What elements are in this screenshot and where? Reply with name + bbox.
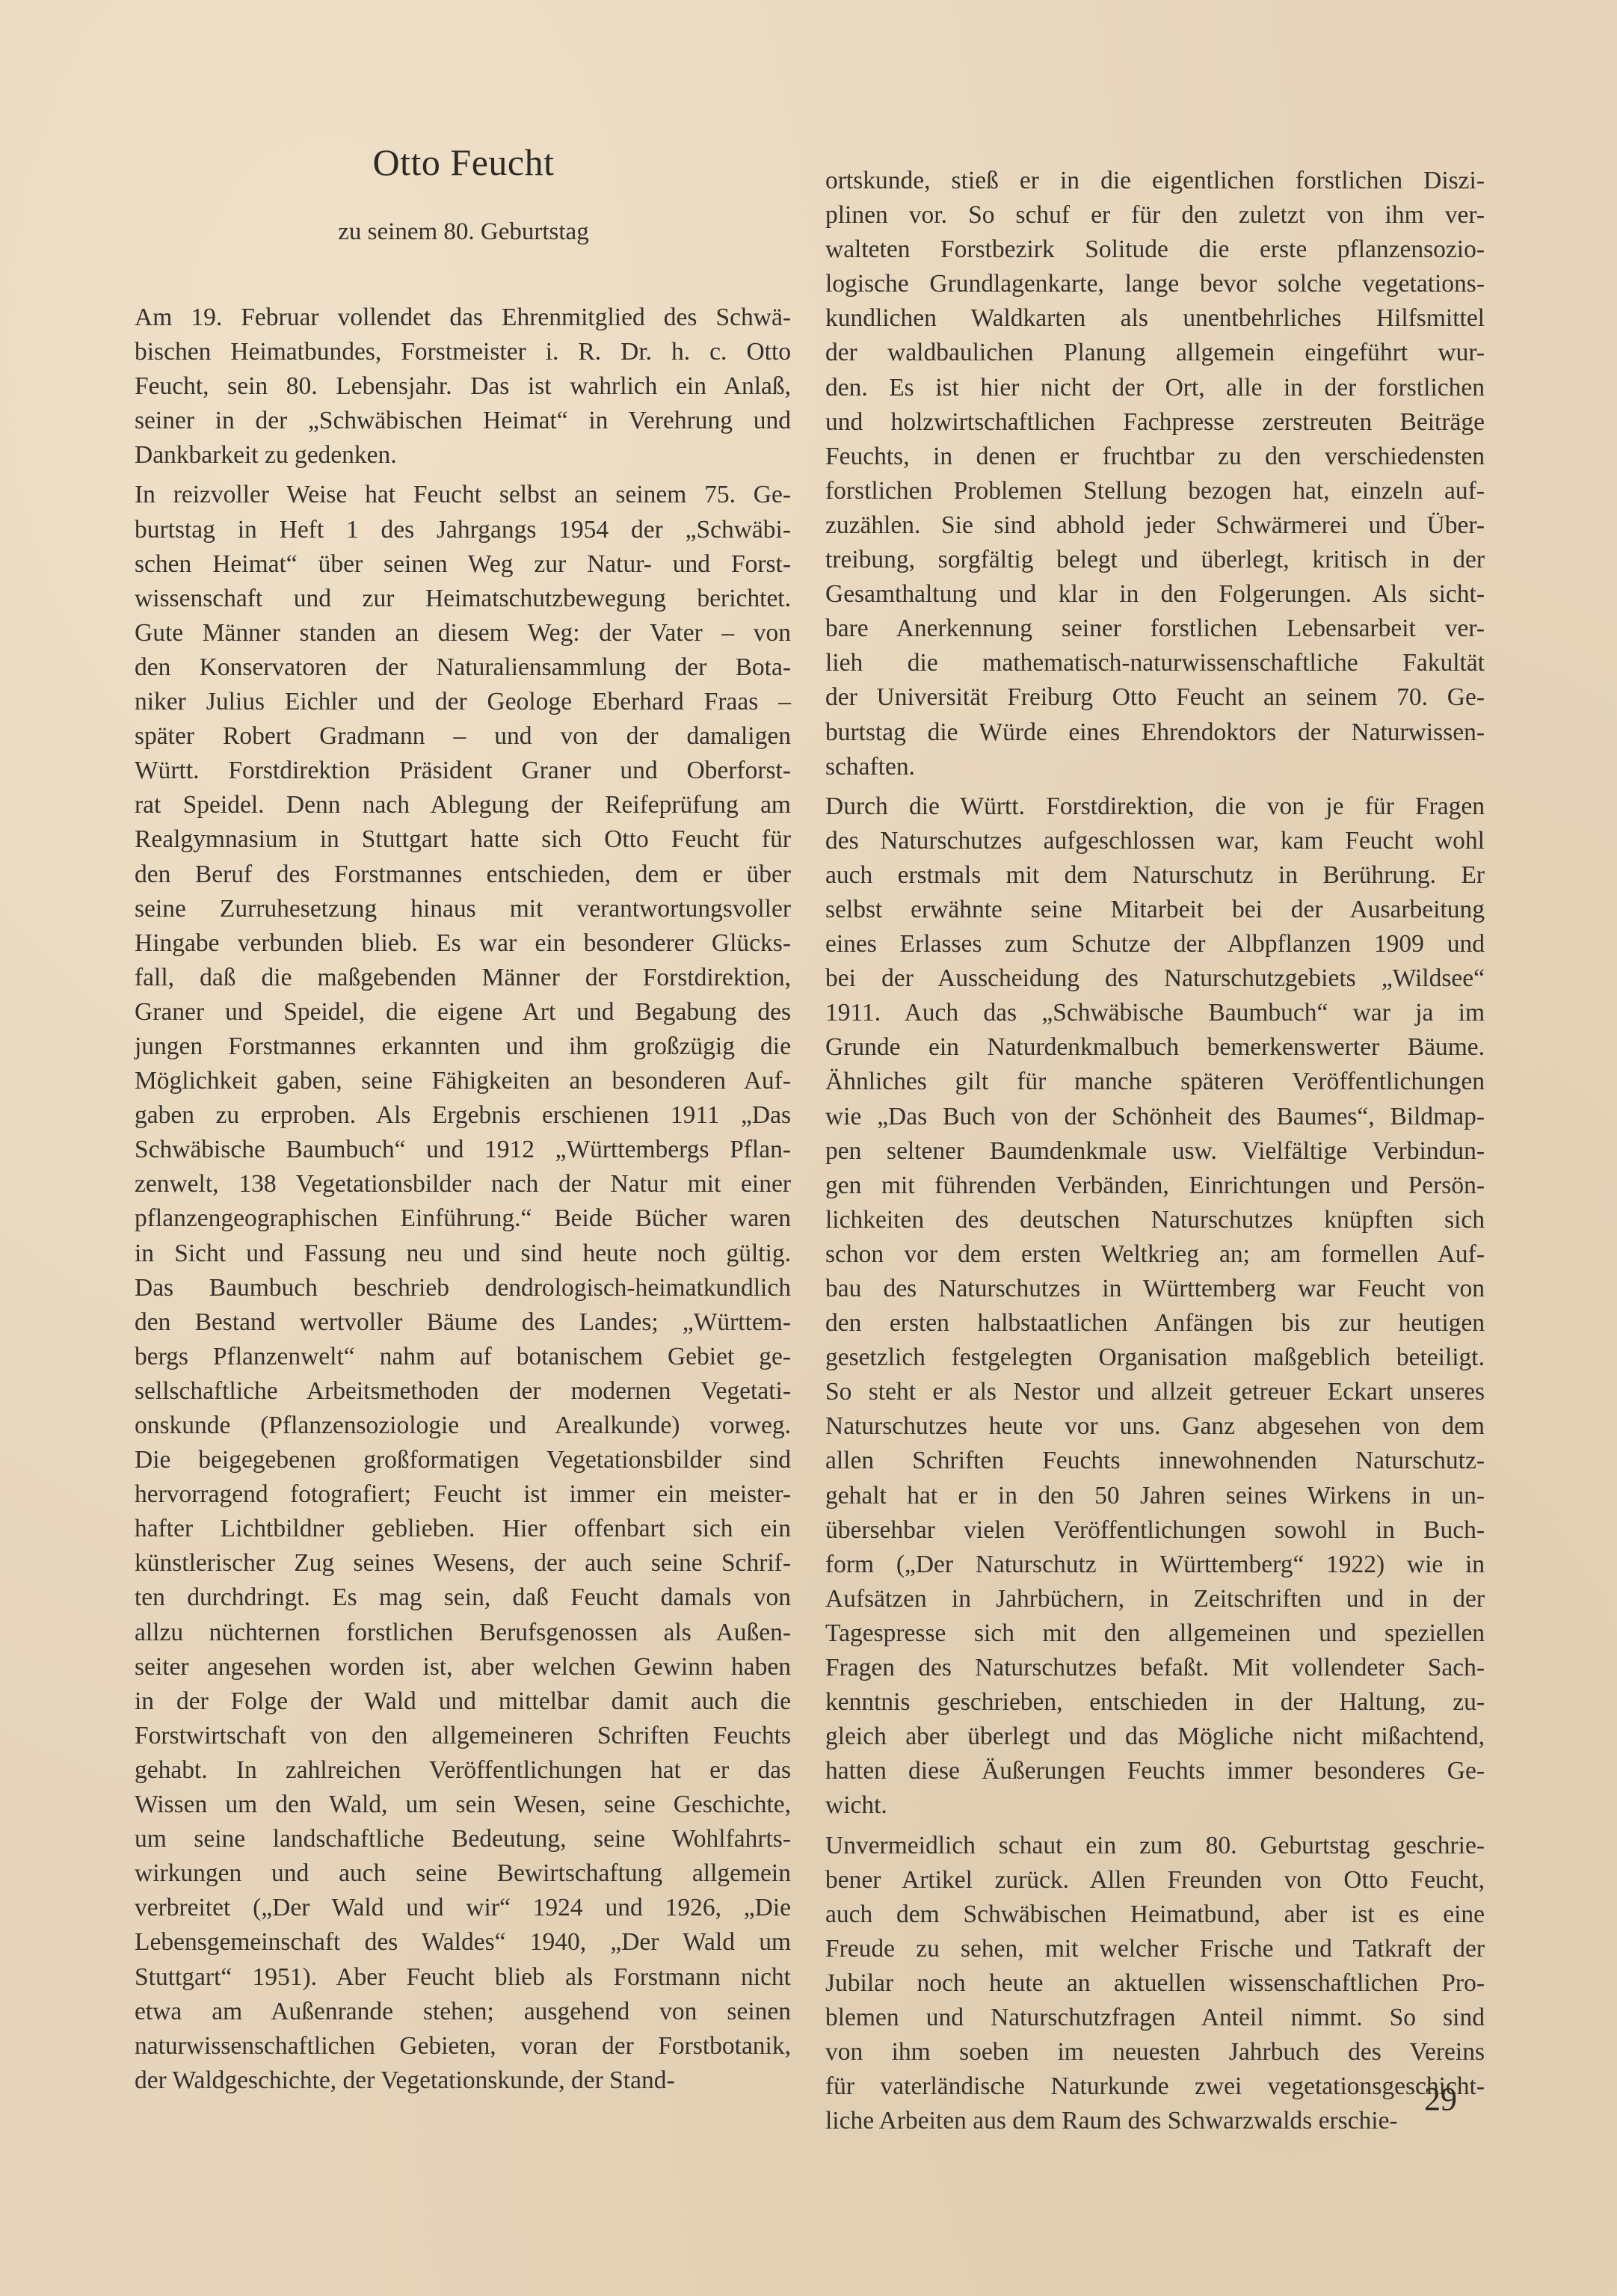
text-line: forstlichen Problemen Stellung bezogen h…: [825, 474, 1485, 508]
text-line: in Sicht und Fassung neu und sind heute …: [135, 1237, 791, 1271]
text-line: bener Artikel zurück. Allen Freunden von…: [825, 1863, 1485, 1898]
text-line: wicht.: [825, 1788, 1485, 1823]
text-line: auch erstmals mit dem Naturschutz in Ber…: [825, 858, 1485, 893]
text-line: Grunde ein Naturdenkmalbuch bemerkenswer…: [825, 1030, 1485, 1065]
text-line: lieh die mathematisch-naturwissenschaftl…: [825, 646, 1485, 680]
paragraph: ortskunde, stieß er in die eigentlichen …: [825, 164, 1485, 784]
text-line: treibung, sorgfältig belegt und überlegt…: [825, 543, 1485, 577]
text-line: form („Der Naturschutz in Württemberg“ 1…: [825, 1548, 1485, 1582]
text-line: 1911. Auch das „Schwäbische Baumbuch“ wa…: [825, 996, 1485, 1030]
text-line: künstlerischer Zug seines Wesens, der au…: [135, 1546, 791, 1581]
paragraph-gap: [825, 784, 1485, 790]
paragraph: Am 19. Februar vollendet das Ehrenmitgli…: [135, 301, 791, 473]
text-line: Dankbarkeit zu gedenken.: [135, 438, 791, 473]
text-line: lichkeiten des deutschen Naturschutzes k…: [825, 1203, 1485, 1237]
text-line: fall, daß die maßgebenden Männer der For…: [135, 961, 791, 995]
text-line: bischen Heimatbundes, Forstmeister i. R.…: [135, 335, 791, 369]
text-line: Wissen um den Wald, um sein Wesen, seine…: [135, 1788, 791, 1822]
text-line: Naturschutzes heute vor uns. Ganz abgese…: [825, 1409, 1485, 1444]
text-line: Durch die Württ. Forstdirektion, die von…: [825, 790, 1485, 824]
text-line: bau des Naturschutzes in Württemberg war…: [825, 1272, 1485, 1306]
text-line: gleich aber überlegt und das Mögliche ni…: [825, 1720, 1485, 1754]
text-line: gehabt. In zahlreichen Veröffentlichunge…: [135, 1753, 791, 1788]
text-line: Das Baumbuch beschrieb dendrologisch-hei…: [135, 1271, 791, 1305]
paragraph: Durch die Württ. Forstdirektion, die von…: [825, 790, 1485, 1823]
text-line: Feuchts, in denen er fruchtbar zu den ve…: [825, 440, 1485, 474]
text-line: Gesamthaltung und klar in den Folgerunge…: [825, 577, 1485, 612]
text-line: sellschaftliche Arbeitsmethoden der mode…: [135, 1374, 791, 1409]
text-line: gen mit führenden Verbänden, Einrichtung…: [825, 1169, 1485, 1203]
text-line: um seine landschaftliche Bedeutung, sein…: [135, 1822, 791, 1856]
text-line: naturwissenschaftlichen Gebieten, voran …: [135, 2029, 791, 2063]
text-line: und holzwirtschaftlichen Fachpresse zers…: [825, 405, 1485, 440]
text-line: rat Speidel. Denn nach Ablegung der Reif…: [135, 788, 791, 822]
text-line: gesetzlich festgelegten Organisation maß…: [825, 1341, 1485, 1375]
text-line: eines Erlasses zum Schutze der Albpflanz…: [825, 927, 1485, 961]
text-line: wie „Das Buch von der Schönheit des Baum…: [825, 1100, 1485, 1134]
text-line: bare Anerkennung seiner forstlichen Lebe…: [825, 612, 1485, 646]
text-line: für vaterländische Naturkunde zwei veget…: [825, 2069, 1485, 2104]
document-page: Otto Feucht zu seinem 80. Geburtstag Am …: [0, 0, 1617, 2296]
page-number: 29: [1424, 2080, 1457, 2118]
text-line: burtstag in Heft 1 des Jahrgangs 1954 de…: [135, 513, 791, 547]
text-line: allen Schriften Feuchts innewohnenden Na…: [825, 1444, 1485, 1478]
text-line: ortskunde, stieß er in die eigentlichen …: [825, 164, 1485, 198]
text-line: auch dem Schwäbischen Heimatbund, aber i…: [825, 1898, 1485, 1932]
text-line: gehalt hat er in den 50 Jahren seines Wi…: [825, 1479, 1485, 1513]
paragraph-gap: [135, 473, 791, 478]
article-subtitle: zu seinem 80. Geburtstag: [135, 218, 792, 246]
text-line: Lebensgemeinschaft des Waldes“ 1940, „De…: [135, 1925, 791, 1960]
text-line: hafter Lichtbildner geblieben. Hier offe…: [135, 1512, 791, 1546]
text-line: walteten Forstbezirk Solitude die erste …: [825, 233, 1485, 267]
text-line: Freude zu sehen, mit welcher Frische und…: [825, 1932, 1485, 1966]
text-line: Forstwirtschaft von den allgemeineren Sc…: [135, 1719, 791, 1753]
left-text-column: Am 19. Februar vollendet das Ehrenmitgli…: [135, 301, 791, 2098]
text-line: logische Grundlagenkarte, lange bevor so…: [825, 267, 1485, 301]
right-text-column: ortskunde, stieß er in die eigentlichen …: [825, 164, 1485, 2138]
text-line: hatten diese Äußerungen Feuchts immer be…: [825, 1754, 1485, 1788]
text-line: Württ. Forstdirektion Präsident Graner u…: [135, 754, 791, 788]
text-line: schen Heimat“ über seinen Weg zur Natur-…: [135, 547, 791, 582]
text-line: den Konservatoren der Naturaliensammlung…: [135, 650, 791, 685]
text-line: In reizvoller Weise hat Feucht selbst an…: [135, 478, 791, 512]
paragraph: In reizvoller Weise hat Feucht selbst an…: [135, 478, 791, 2097]
text-line: So steht er als Nestor und allzeit getre…: [825, 1375, 1485, 1409]
text-line: zenwelt, 138 Vegetationsbilder nach der …: [135, 1167, 791, 1201]
text-line: verbreitet („Der Wald und wir“ 1924 und …: [135, 1891, 791, 1925]
paragraph: Unvermeidlich schaut ein zum 80. Geburts…: [825, 1829, 1485, 2139]
text-line: des Naturschutzes aufgeschlossen war, ka…: [825, 824, 1485, 858]
text-line: Unvermeidlich schaut ein zum 80. Geburts…: [825, 1829, 1485, 1863]
text-line: Hingabe verbunden blieb. Es war ein beso…: [135, 926, 791, 961]
text-line: kundlichen Waldkarten als unentbehrliche…: [825, 301, 1485, 336]
text-line: pen seltener Baumdenkmale usw. Vielfälti…: [825, 1134, 1485, 1169]
text-line: den Bestand wertvoller Bäume des Landes;…: [135, 1305, 791, 1340]
text-line: ten durchdringt. Es mag sein, daß Feucht…: [135, 1581, 791, 1615]
text-line: Stuttgart“ 1951). Aber Feucht blieb als …: [135, 1960, 791, 1995]
text-line: bergs Pflanzenwelt“ nahm auf botanischem…: [135, 1340, 791, 1374]
article-title: Otto Feucht: [135, 141, 792, 184]
text-line: hervorragend fotografiert; Feucht ist im…: [135, 1477, 791, 1512]
text-line: plinen vor. So schuf er für den zuletzt …: [825, 198, 1485, 233]
text-line: Gute Männer standen an diesem Weg: der V…: [135, 616, 791, 650]
text-line: den ersten halbstaatlichen Anfängen bis …: [825, 1306, 1485, 1341]
text-line: schaften.: [825, 750, 1485, 784]
text-line: schon vor dem ersten Weltkrieg an; am fo…: [825, 1237, 1485, 1272]
text-line: seiter angesehen worden ist, aber welche…: [135, 1650, 791, 1684]
text-line: Graner und Speidel, die eigene Art und B…: [135, 995, 791, 1029]
text-line: etwa am Außenrande stehen; ausgehend von…: [135, 1995, 791, 2029]
text-line: wirkungen und auch seine Bewirtschaftung…: [135, 1856, 791, 1891]
text-line: Aufsätzen in Jahrbüchern, in Zeitschrift…: [825, 1582, 1485, 1616]
text-line: der Universität Freiburg Otto Feucht an …: [825, 680, 1485, 715]
paragraph-gap: [825, 1823, 1485, 1829]
text-line: Möglichkeit gaben, seine Fähigkeiten an …: [135, 1064, 791, 1098]
text-line: Tagespresse sich mit den allgemeinen und…: [825, 1616, 1485, 1651]
text-line: selbst erwähnte seine Mitarbeit bei der …: [825, 893, 1485, 927]
text-line: seiner in der „Schwäbischen Heimat“ in V…: [135, 404, 791, 438]
text-line: wissenschaft und zur Heimatschutzbewegun…: [135, 582, 791, 616]
text-line: seine Zurruhesetzung hinaus mit verantwo…: [135, 892, 791, 926]
text-line: blemen und Naturschutzfragen Anteil nimm…: [825, 2001, 1485, 2035]
text-line: der waldbaulichen Planung allgemein eing…: [825, 336, 1485, 370]
text-line: liche Arbeiten aus dem Raum des Schwarzw…: [825, 2104, 1485, 2138]
text-line: Ähnliches gilt für manche späteren Veröf…: [825, 1065, 1485, 1099]
text-line: der Waldgeschichte, der Vegetationskunde…: [135, 2063, 791, 2098]
text-line: den. Es ist hier nicht der Ort, alle in …: [825, 371, 1485, 405]
text-line: Schwäbische Baumbuch“ und 1912 „Württemb…: [135, 1133, 791, 1167]
text-line: Fragen des Naturschutzes befaßt. Mit vol…: [825, 1651, 1485, 1685]
text-line: später Robert Gradmann – und von der dam…: [135, 719, 791, 754]
text-line: den Beruf des Forstmannes entschieden, d…: [135, 858, 791, 892]
text-line: onskunde (Pflanzensoziologie und Arealku…: [135, 1409, 791, 1443]
text-line: bei der Ausscheidung des Naturschutzgebi…: [825, 961, 1485, 996]
text-line: von ihm soeben im neuesten Jahrbuch des …: [825, 2035, 1485, 2069]
text-line: jungen Forstmannes erkannten und ihm gro…: [135, 1029, 791, 1064]
text-line: gaben zu erproben. Als Ergebnis erschien…: [135, 1098, 791, 1133]
text-line: Jubilar noch heute an aktuellen wissensc…: [825, 1966, 1485, 2001]
text-line: in der Folge der Wald und mittelbar dami…: [135, 1684, 791, 1719]
text-line: Feucht, sein 80. Lebensjahr. Das ist wah…: [135, 369, 791, 404]
text-line: burtstag die Würde eines Ehrendoktors de…: [825, 715, 1485, 750]
text-line: allzu nüchternen forstlichen Berufsgenos…: [135, 1616, 791, 1650]
text-line: pflanzengeographischen Einführung.“ Beid…: [135, 1201, 791, 1236]
text-line: übersehbar vielen Veröffentlichungen sow…: [825, 1513, 1485, 1548]
text-line: Am 19. Februar vollendet das Ehrenmitgli…: [135, 301, 791, 335]
text-line: Realgymnasium in Stuttgart hatte sich Ot…: [135, 822, 791, 857]
text-line: niker Julius Eichler und der Geologe Ebe…: [135, 685, 791, 719]
text-line: Die beigegebenen großformatigen Vegetati…: [135, 1443, 791, 1477]
text-line: zuzählen. Sie sind abhold jeder Schwärme…: [825, 508, 1485, 543]
text-line: kenntnis geschrieben, entschieden in der…: [825, 1685, 1485, 1720]
